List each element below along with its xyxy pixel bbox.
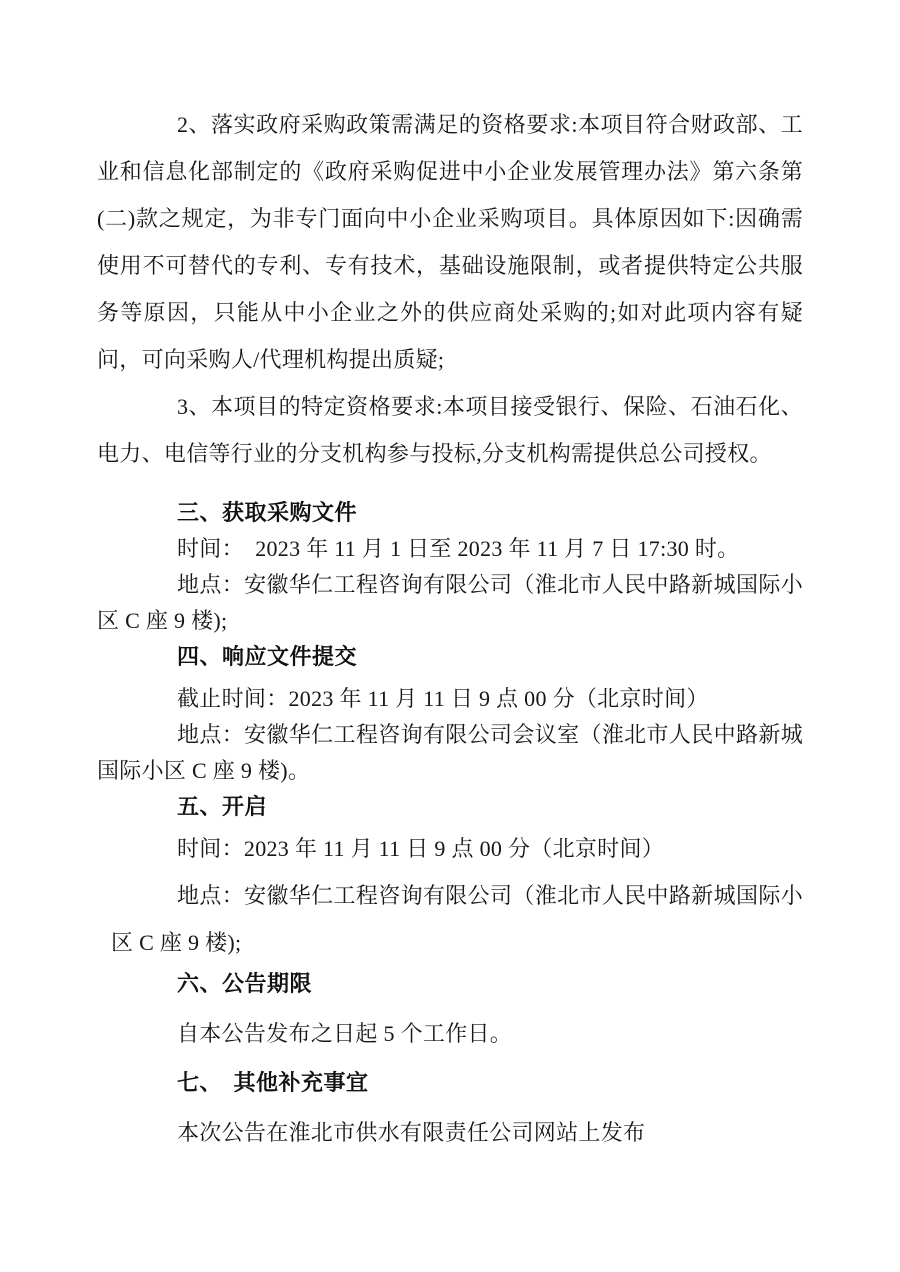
paragraph: 时间：2023 年 11 月 11 日 9 点 00 分（北京时间）: [97, 825, 803, 872]
paragraph: 截止时间：2023 年 11 月 11 日 9 点 00 分（北京时间）: [97, 681, 803, 717]
paragraph: 地点：安徽华仁工程咨询有限公司（淮北市人民中路新城国际小区 C 座 9 楼);: [97, 567, 803, 639]
paragraph: 自本公告发布之日起 5 个工作日。: [97, 1010, 803, 1057]
section-heading: 六、公告期限: [97, 966, 803, 1002]
section-heading: 七、 其他补充事宜: [97, 1065, 803, 1101]
paragraph: 3、本项目的特定资格要求:本项目接受银行、保险、石油石化、电力、电信等行业的分支…: [97, 383, 803, 477]
section-heading: 五、开启: [97, 789, 803, 825]
paragraph: 本次公告在淮北市供水有限责任公司网站上发布: [97, 1109, 803, 1156]
section-heading: 三、获取采购文件: [97, 495, 803, 531]
paragraph: 2、落实政府采购政策需满足的资格要求:本项目符合财政部、工业和信息化部制定的《政…: [97, 101, 803, 383]
paragraph: 地点：安徽华仁工程咨询有限公司（淮北市人民中路新城国际小区 C 座 9 楼);: [97, 872, 803, 966]
section-heading: 四、响应文件提交: [97, 639, 803, 675]
document-page: 2、落实政府采购政策需满足的资格要求:本项目符合财政部、工业和信息化部制定的《政…: [0, 0, 900, 1272]
paragraph: 时间： 2023 年 11 月 1 日至 2023 年 11 月 7 日 17:…: [97, 531, 803, 567]
paragraph: 地点：安徽华仁工程咨询有限公司会议室（淮北市人民中路新城国际小区 C 座 9 楼…: [97, 717, 803, 789]
